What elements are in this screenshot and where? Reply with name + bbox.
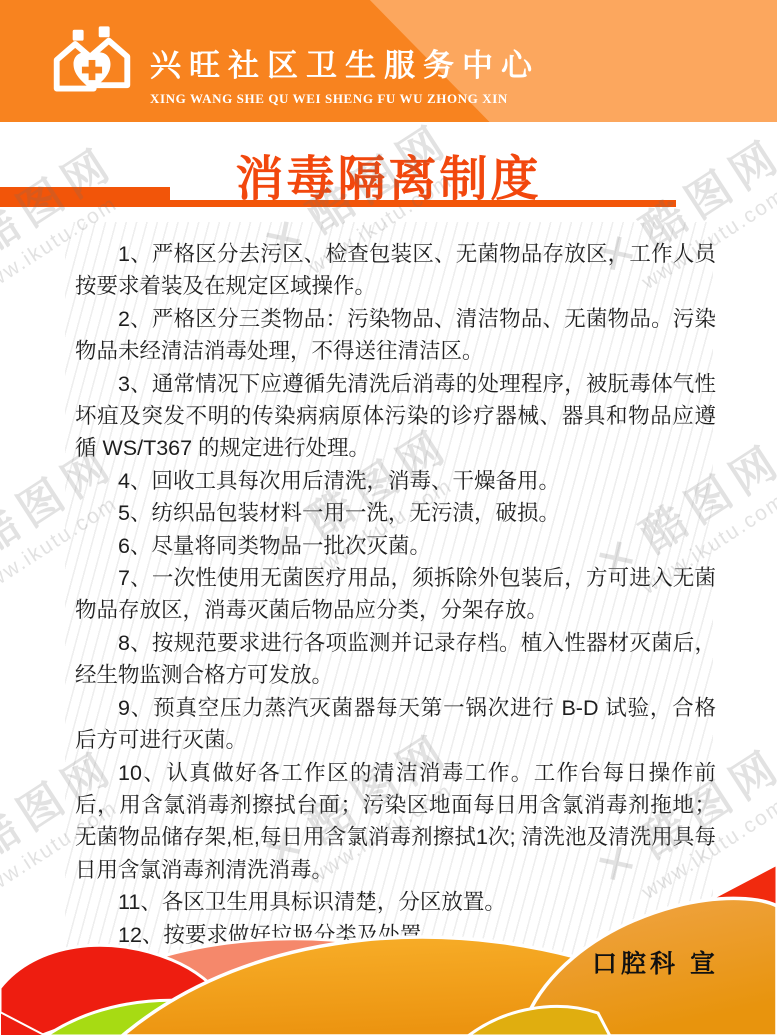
bottom-petal-decoration [0,836,777,1036]
org-name: 兴旺社区卫生服务中心 [150,40,540,85]
poster-disinfection-rules: 兴旺社区卫生服务中心 XING WANG SHE QU WEI SHENG FU… [0,0,777,1036]
rule-item-9: 9、预真空压力蒸汽灭菌器每天第一锅次进行 B-D 试验，合格后方可进行灭菌。 [75,692,716,757]
title-underline-thick [0,187,170,207]
rule-item-5: 5、纺织品包装材料一用一洗，无污渍，破损。 [75,497,716,529]
header-text: 兴旺社区卫生服务中心 XING WANG SHE QU WEI SHENG FU… [150,40,540,107]
rule-item-4: 4、回收工具每次用后清洗，消毒、干燥备用。 [75,465,716,497]
rule-item-3: 3、通常情况下应遵循先清洗后消毒的处理程序，被朊毒体气性坏疽及突发不明的传染病病… [75,368,716,465]
header-band: 兴旺社区卫生服务中心 XING WANG SHE QU WEI SHENG FU… [0,0,777,122]
org-pinyin: XING WANG SHE QU WEI SHENG FU WU ZHONG X… [150,91,540,107]
rule-item-7: 7、一次性使用无菌医疗用品，须拆除外包装后，方可进入无菌物品存放区，消毒灭菌后物… [75,562,716,627]
rule-item-2: 2、严格区分三类物品：污染物品、清洁物品、无菌物品。污染物品未经清洁消毒处理，不… [75,303,716,368]
title-underline-thin [165,200,676,207]
signature-department: 口腔科 宣 [592,944,719,980]
rule-item-1: 1、严格区分去污区、检查包装区、无菌物品存放区，工作人员按要求着装及在规定区域操… [75,238,716,303]
rule-item-8: 8、按规范要求进行各项监测并记录存档。植入性器材灭菌后，经生物监测合格方可发放。 [75,627,716,692]
health-center-logo-icon [50,26,134,104]
rule-item-6: 6、尽量将同类物品一批次灭菌。 [75,530,716,562]
